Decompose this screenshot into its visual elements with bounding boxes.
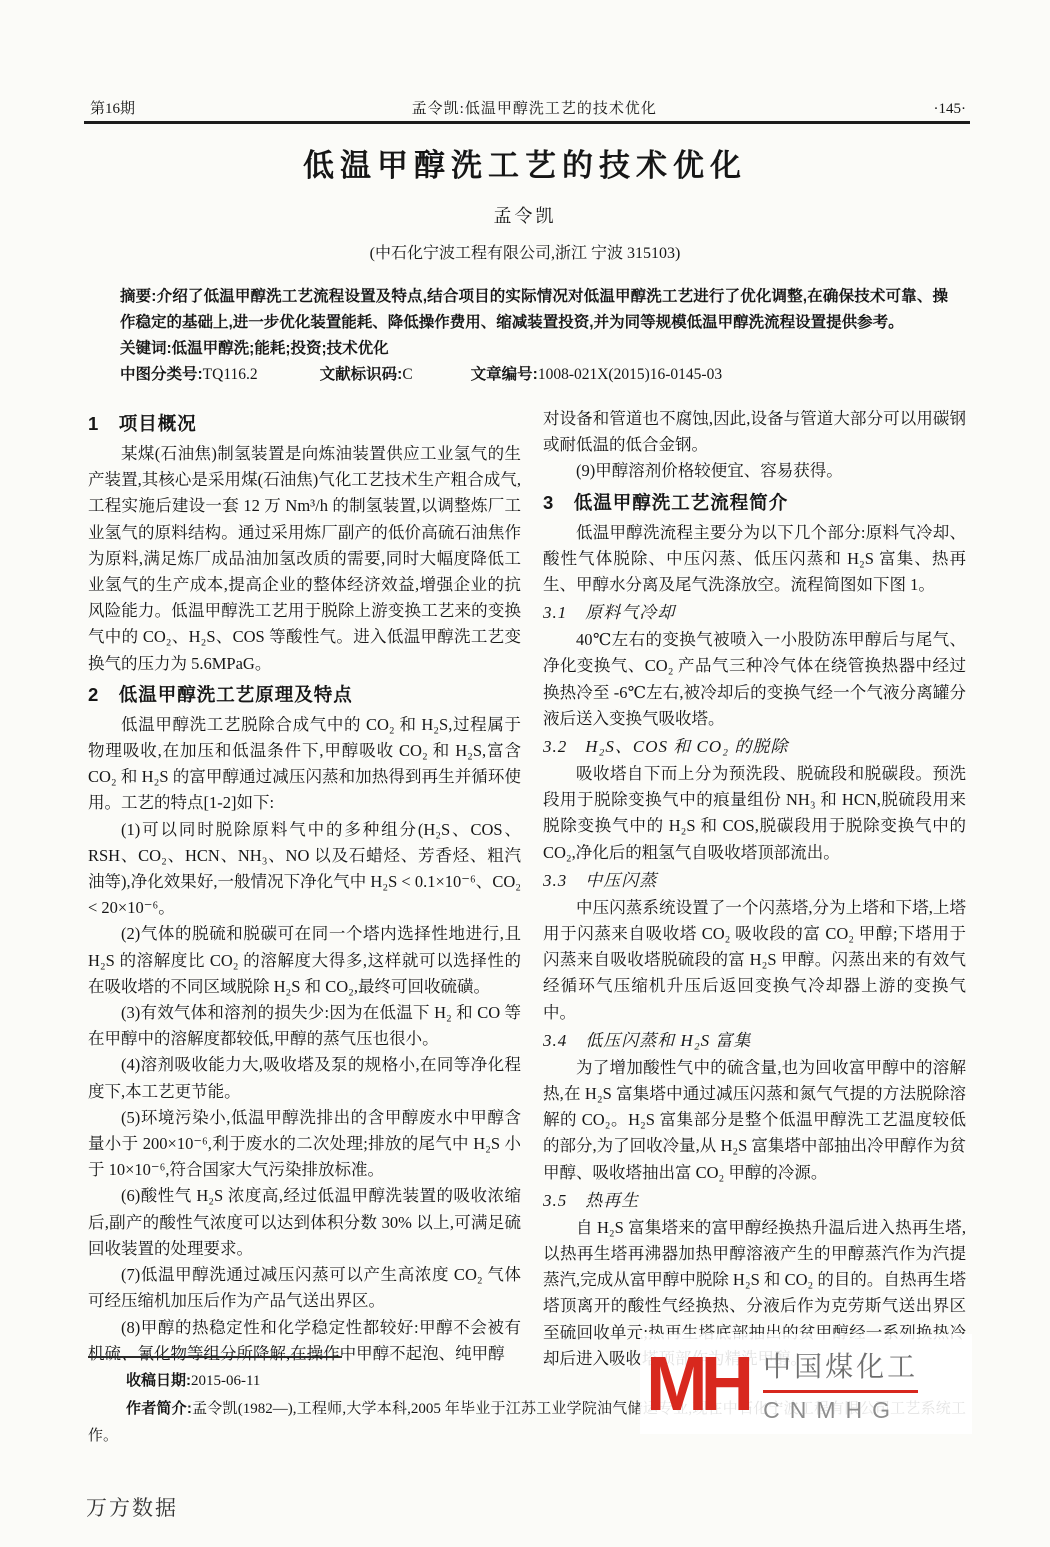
page-number: ·145· [934,101,967,118]
paragraph: (7)低温甲醇洗通过减压闪蒸可以产生高浓度 CO₂ 气体可经压缩机加压后作为产品… [88,1262,521,1314]
paragraph: 中压闪蒸系统设置了一个闪蒸塔,分为上塔和下塔,上塔用于闪蒸来自吸收塔 CO₂ 吸… [543,895,966,1026]
doc-code-label: 文献标识码: [320,366,403,383]
paper-page: 第16期 孟令凯:低温甲醇洗工艺的技术优化 ·145· 低温甲醇洗工艺的技术优化… [0,0,1050,1547]
clc-label: 中图分类号: [120,366,203,383]
page-title: 低温甲醇洗工艺的技术优化 [0,140,1050,185]
section-3-5-heading: 3.5 热再生 [543,1187,966,1214]
cnmhg-english-label: CNMHG [763,1397,918,1424]
cnmhg-text: 中国煤化工 CNMHG [763,1345,918,1424]
paragraph: 40℃左右的变换气被喷入一小股防冻甲醇后与尾气、净化变换气、CO₂ 产品气三种冷… [543,627,966,732]
paragraph: (2)气体的脱硫和脱碳可在同一个塔内选择性地进行,且 H₂S 的溶解度比 CO₂… [88,921,521,1000]
cnmhg-watermark: MH 中国煤化工 CNMHG [640,1334,972,1434]
footnote-rule [88,1356,342,1358]
cnmhg-chinese-label: 中国煤化工 [763,1345,918,1393]
paragraph: (6)酸性气 H₂S 浓度高,经过低温甲醇洗装置的吸收浓缩后,副产的酸性气浓度可… [88,1183,521,1262]
article-body: 1 项目概况 某煤(石油焦)制氢装置是向炼油装置供应工业氢气的生产装置,其核心是… [88,406,966,1372]
section-3-4-heading: 3.4 低压闪蒸和 H₂S 富集 [543,1027,966,1054]
running-head: 第16期 孟令凯:低温甲醇洗工艺的技术优化 ·145· [90,97,966,118]
clc-value: TQ116.2 [203,366,258,383]
classification-line: 中图分类号:TQ116.2 文献标识码:C 文章编号:1008-021X(201… [120,362,948,388]
paragraph: (1)可以同时脱除原料气中的多种组分(H₂S、COS、RSH、CO₂、HCN、N… [88,817,521,922]
section-3-2-heading: 3.2 H₂S、COS 和 CO₂ 的脱除 [543,733,966,760]
paragraph: 低温甲醇洗流程主要分为以下几个部分:原料气冷却、酸性气体脱除、中压闪蒸、低压闪蒸… [543,520,966,599]
keywords-text: 低温甲醇洗;能耗;投资;技术优化 [172,340,389,357]
section-3-3-heading: 3.3 中压闪蒸 [543,867,966,894]
received-date-value: 2015-06-11 [191,1373,260,1389]
abstract-text: 介绍了低温甲醇洗工艺流程设置及特点,结合项目的实际情况对低温甲醇洗工艺进行了优化… [120,288,948,331]
paragraph: 对设备和管道也不腐蚀,因此,设备与管道大部分可以用碳钢或耐低温的低合金钢。 [543,406,966,458]
article-id-value: 1008-021X(2015)16-0145-03 [538,366,722,383]
running-title: 孟令凯:低温甲醇洗工艺的技术优化 [412,97,657,118]
doc-code-value: C [402,366,412,383]
paragraph: 吸收塔自下而上分为预洗段、脱硫段和脱碳段。预洗段用于脱除变换气中的痕量组份 NH… [543,761,966,866]
left-column: 1 项目概况 某煤(石油焦)制氢装置是向炼油装置供应工业氢气的生产装置,其核心是… [88,406,521,1372]
keywords-label: 关键词: [120,340,172,357]
clc: 中图分类号:TQ116.2 [120,362,258,388]
header-rule [84,121,970,124]
article-id: 文章编号:1008-021X(2015)16-0145-03 [471,362,722,388]
author-name: 孟令凯 [0,202,1050,228]
paragraph: 某煤(石油焦)制氢装置是向炼油装置供应工业氢气的生产装置,其核心是采用煤(石油焦… [88,441,521,677]
section-3-1-heading: 3.1 原料气冷却 [543,599,966,626]
abstract: 摘要:介绍了低温甲醇洗工艺流程设置及特点,结合项目的实际情况对低温甲醇洗工艺进行… [120,284,948,336]
article-meta: 摘要:介绍了低温甲醇洗工艺流程设置及特点,结合项目的实际情况对低温甲醇洗工艺进行… [120,284,948,388]
section-2-heading: 2 低温甲醇洗工艺原理及特点 [88,680,521,710]
abstract-label: 摘要: [120,288,156,305]
keywords: 关键词:低温甲醇洗;能耗;投资;技术优化 [120,336,948,362]
article-id-label: 文章编号: [471,366,538,383]
section-3-heading: 3 低温甲醇洗工艺流程简介 [543,488,966,518]
cnmhg-logo-icon: MH [646,1343,747,1424]
paragraph: 为了增加酸性气中的硫含量,也为回收富甲醇中的溶解热,在 H₂S 富集塔中通过减压… [543,1055,966,1186]
paragraph: (4)溶剂吸收能力大,吸收塔及泵的规格小,在同等净化程度下,本工艺更节能。 [88,1052,521,1104]
right-column: 对设备和管道也不腐蚀,因此,设备与管道大部分可以用碳钢或耐低温的低合金钢。 (9… [543,406,966,1372]
wanfang-data-stamp: 万方数据 [86,1492,178,1522]
author-bio-label: 作者简介: [126,1400,192,1417]
paragraph: (3)有效气体和溶剂的损失少:因为在低温下 H₂ 和 CO 等在甲醇中的溶解度都… [88,1000,521,1052]
received-date-label: 收稿日期: [126,1372,191,1389]
section-1-heading: 1 项目概况 [88,409,521,439]
paragraph: (9)甲醇溶剂价格较便宜、容易获得。 [543,458,966,484]
issue-number: 第16期 [90,97,135,118]
doc-code: 文献标识码:C [320,362,413,388]
paragraph: 低温甲醇洗工艺脱除合成气中的 CO₂ 和 H₂S,过程属于物理吸收,在加压和低温… [88,712,521,817]
paragraph: (5)环境污染小,低温甲醇洗排出的含甲醇废水中甲醇含量小于 200×10⁻⁶,利… [88,1105,521,1184]
author-affiliation: (中石化宁波工程有限公司,浙江 宁波 315103) [0,240,1050,263]
